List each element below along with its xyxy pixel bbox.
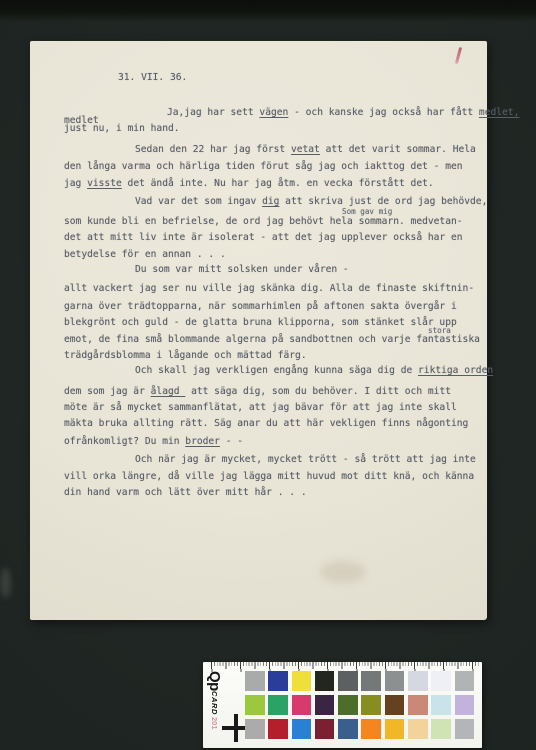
typewritten-line: den långa varma och härliga tiden förut … (64, 162, 463, 172)
typewritten-line: emot, de fina små blommande algerna på s… (64, 335, 480, 345)
typewritten-line: garna över trädtopparna, när sommarhimle… (64, 302, 457, 312)
qpcard-logo: QpCARD201 (206, 671, 223, 743)
color-patch (245, 695, 265, 715)
color-patch (431, 671, 451, 691)
typewritten-line: jag visste det ändå inte. Nu har jag åtm… (64, 179, 434, 189)
typewritten-line: Och när jag är mycket, mycket trött - så… (135, 455, 476, 465)
line-text: betydelse för en annan . . . (64, 249, 226, 260)
color-patch (338, 671, 358, 691)
color-patch (315, 695, 335, 715)
line-text: Ja,jag har sett (167, 107, 259, 118)
line-text: jag (64, 178, 87, 189)
scan-border-shadow (0, 0, 536, 22)
line-text: mäkta bruka allting rätt. Säg anar du at… (64, 418, 468, 429)
inserted-correction-line: Som gav mig (342, 208, 392, 216)
line-text: Och skall jag verkligen engång kunna säg… (135, 365, 418, 376)
qpcard-brand-sub: CARD (210, 691, 219, 715)
color-patch (315, 719, 335, 739)
color-patch (431, 695, 451, 715)
typewritten-line: Sedan den 22 har jag först vetat att det… (135, 145, 476, 155)
line-text: trädgårdsblomma i lågande och mättad fär… (64, 350, 307, 361)
photo-background: 31. VII. 36.Ja,jag har sett vägen - och … (0, 0, 536, 750)
line-text: Sedan den 22 har jag först (135, 144, 291, 155)
color-patch (361, 719, 381, 739)
typewritten-line: 31. VII. 36. (118, 73, 187, 83)
color-patch (338, 695, 358, 715)
typewritten-line: just nu, i min hand. (64, 124, 180, 134)
typewritten-line: det att mitt liv inte är isolerat - att … (64, 233, 463, 243)
underlined-word: dig (262, 196, 279, 207)
paper-stain (320, 561, 366, 583)
color-patch (292, 695, 312, 715)
line-text: blekgrönt och guld - de glatta bruna kli… (64, 317, 457, 328)
typewritten-line: blekgrönt och guld - de glatta bruna kli… (64, 318, 457, 328)
typewritten-line: Du som var mitt solsken under våren - (135, 265, 349, 275)
color-patch (315, 671, 335, 691)
typewritten-line: trädgårdsblomma i lågande och mättad fär… (64, 351, 307, 361)
line-text: - - (220, 436, 243, 447)
line-text: allt vackert jag ser nu ville jag skänka… (64, 283, 474, 294)
line-text: det ändå inte. Nu har jag åtm. en vecka … (122, 178, 434, 189)
qpcard-model-number: 201 (210, 717, 219, 730)
line-text: 31. VII. 36. (118, 72, 187, 83)
color-patch (431, 719, 451, 739)
line-text: Och när jag är mycket, mycket trött - så… (135, 454, 476, 465)
color-patch (268, 719, 288, 739)
typewritten-line: betydelse för en annan . . . (64, 250, 226, 260)
color-calibration-card: QpCARD201 (203, 662, 482, 748)
typewritten-line: dem som jag är ålagd att säga dig, som d… (64, 387, 451, 397)
color-patch (408, 695, 428, 715)
color-patch (455, 671, 475, 691)
line-text: att det varit sommar. Hela (320, 144, 476, 155)
color-patch (455, 695, 475, 715)
underlined-word: vetat (291, 144, 320, 155)
line-text: din hand varm och lätt över mitt hår . .… (64, 487, 307, 498)
line-text: Du som var mitt solsken under våren - (135, 264, 349, 275)
color-patches (245, 671, 474, 739)
color-patch (385, 671, 405, 691)
color-patch (385, 695, 405, 715)
color-patch (292, 719, 312, 739)
typewritten-line: ofrånkomligt? Du min broder - - (64, 437, 243, 447)
line-text: möte är så mycket sammanflätat, att jag … (64, 402, 457, 413)
line-text: emot, de fina små blommande algerna på s… (64, 334, 480, 345)
line-text: att säga dig, som du behöver. I ditt och… (185, 386, 451, 397)
red-pen-mark (455, 47, 462, 64)
qpcard-brand-main: Qp (206, 671, 223, 691)
line-text: garna över trädtopparna, när sommarhimle… (64, 301, 457, 312)
color-patch (361, 671, 381, 691)
line-text: Vad var det som ingav (135, 196, 262, 207)
line-text: vill orka längre, då ville jag lägga mit… (64, 471, 474, 482)
underlined-word: riktiga orden (418, 365, 493, 376)
color-patch (408, 719, 428, 739)
typewritten-line: Vad var det som ingav dig att skriva jus… (135, 197, 487, 207)
line-text: dem som jag är (64, 386, 151, 397)
line-text: ofrånkomligt? Du min (64, 436, 185, 447)
underlined-word: ålagd (151, 386, 186, 397)
typewritten-line: Och skall jag verkligen engång kunna säg… (135, 366, 493, 376)
typewritten-line: som kunde bli en befrielse, de ord jag b… (64, 217, 463, 227)
line-text: som kunde bli en befrielse, de ord jag b… (64, 216, 463, 227)
typewritten-line: vill orka längre, då ville jag lägga mit… (64, 472, 474, 482)
line-text: att skriva just de ord jag behövde, (279, 196, 487, 207)
line-text: den långa varma och härliga tiden förut … (64, 161, 463, 172)
line-text: Som gav mig (342, 207, 392, 216)
typewritten-line: mäkta bruka allting rätt. Säg anar du at… (64, 419, 468, 429)
ruler-ticks-major (211, 662, 479, 669)
underlined-word: medlet, (479, 107, 519, 118)
color-patch (245, 671, 265, 691)
underlined-word: vägen (259, 107, 288, 118)
color-patch (245, 719, 265, 739)
typewritten-line: Ja,jag har sett vägen - och kanske jag o… (167, 108, 519, 118)
color-patch (292, 671, 312, 691)
color-patch (455, 719, 475, 739)
typewritten-line: möte är så mycket sammanflätat, att jag … (64, 403, 457, 413)
typewritten-line: din hand varm och lätt över mitt hår . .… (64, 488, 307, 498)
color-patch (385, 719, 405, 739)
underlined-word: broder (185, 436, 220, 447)
line-text: just nu, i min hand. (64, 123, 180, 134)
color-patch (268, 695, 288, 715)
background-smudge (0, 568, 11, 598)
color-patch (361, 695, 381, 715)
typewritten-line: allt vackert jag ser nu ville jag skänka… (64, 284, 474, 294)
color-patch (338, 719, 358, 739)
line-text: det att mitt liv inte är isolerat - att … (64, 232, 463, 243)
letter-page: 31. VII. 36.Ja,jag har sett vägen - och … (30, 41, 487, 620)
color-patch (268, 671, 288, 691)
line-text: - och kanske jag också har fått (288, 107, 479, 118)
underlined-word: visste (87, 178, 122, 189)
color-patch (408, 671, 428, 691)
